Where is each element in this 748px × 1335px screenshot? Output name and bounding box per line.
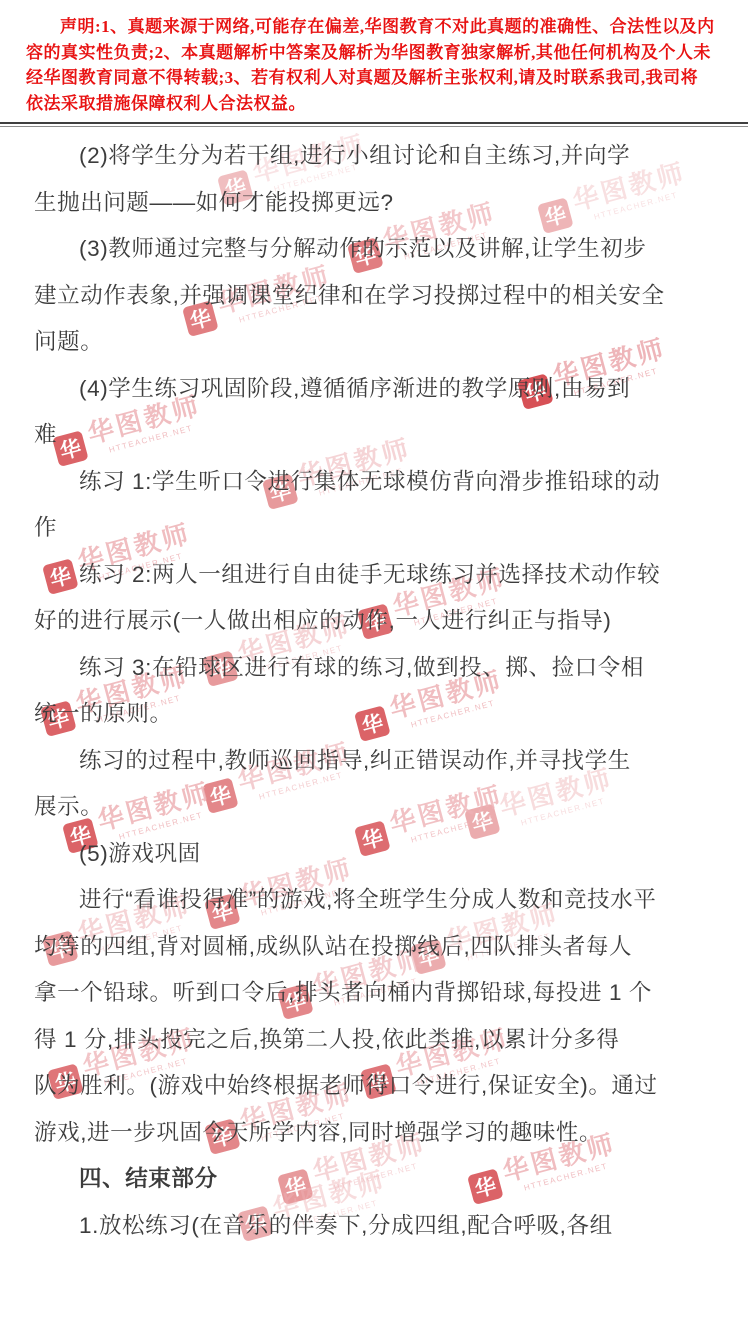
body-line: 问题。 xyxy=(34,319,714,366)
disclaimer-line: 容的真实性负责;2、本真题解析中答案及解析为华图教育独家解析,其他任何机构及个人… xyxy=(26,40,722,66)
section-heading: 四、结束部分 xyxy=(34,1156,714,1203)
body-line: 练习的过程中,教师巡回指导,纠正错误动作,并寻找学生 xyxy=(34,738,714,785)
body-line: (5)游戏巩固 xyxy=(34,831,714,878)
body-line: 均等的四组,背对圆桶,成纵队站在投掷线后,四队排头者每人 xyxy=(34,924,714,971)
document-page: 华 华图教师 HTTEACHER.NET 华 华图教师 HTTEACHER.NE… xyxy=(0,0,748,1335)
body-line: 难 xyxy=(34,412,714,459)
body-line: (4)学生练习巩固阶段,遵循循序渐进的教学原则,由易到 xyxy=(34,366,714,413)
disclaimer-line: 依法采取措施保障权利人合法权益。 xyxy=(26,91,722,117)
document-body: (2)将学生分为若干组,进行小组讨论和自主练习,并向学生抛出问题——如何才能投掷… xyxy=(0,127,748,1249)
body-line: (3)教师通过完整与分解动作的示范以及讲解,让学生初步 xyxy=(34,226,714,273)
body-line: 练习 2:两人一组进行自由徒手无球练习并选择技术动作较 xyxy=(34,552,714,599)
body-line: 队为胜利。(游戏中始终根据老师得口令进行,保证安全)。通过 xyxy=(34,1063,714,1110)
disclaimer: 声明:1、真题来源于网络,可能存在偏差,华图教育不对此真题的准确性、合法性以及内… xyxy=(0,0,748,116)
body-line: (2)将学生分为若干组,进行小组讨论和自主练习,并向学 xyxy=(34,133,714,180)
body-line: 建立动作表象,并强调课堂纪律和在学习投掷过程中的相关安全 xyxy=(34,273,714,320)
body-line: 展示。 xyxy=(34,784,714,831)
body-line: 得 1 分,排头投完之后,换第二人投,依此类推,以累计分多得 xyxy=(34,1017,714,1064)
body-line: 练习 1:学生听口令进行集体无球模仿背向滑步推铅球的动 xyxy=(34,459,714,506)
disclaimer-line: 经华图教育同意不得转载;3、若有权利人对真题及解析主张权利,请及时联系我司,我司… xyxy=(26,65,722,91)
body-line: 进行“看谁投得准”的游戏,将全班学生分成人数和竞技水平 xyxy=(34,877,714,924)
body-line: 作 xyxy=(34,505,714,552)
body-line: 拿一个铅球。听到口令后,排头者向桶内背掷铅球,每投进 1 个 xyxy=(34,970,714,1017)
body-line: 好的进行展示(一人做出相应的动作,一人进行纠正与指导) xyxy=(34,598,714,645)
body-line: 练习 3:在铅球区进行有球的练习,做到投、掷、捡口令相 xyxy=(34,645,714,692)
body-line: 生抛出问题——如何才能投掷更远? xyxy=(34,180,714,227)
disclaimer-line: 声明:1、真题来源于网络,可能存在偏差,华图教育不对此真题的准确性、合法性以及内 xyxy=(26,14,722,40)
body-line: 统一的原则。 xyxy=(34,691,714,738)
body-line: 游戏,进一步巩固今天所学内容,同时增强学习的趣味性。 xyxy=(34,1110,714,1157)
body-line: 1.放松练习(在音乐的伴奏下,分成四组,配合呼吸,各组 xyxy=(34,1203,714,1250)
